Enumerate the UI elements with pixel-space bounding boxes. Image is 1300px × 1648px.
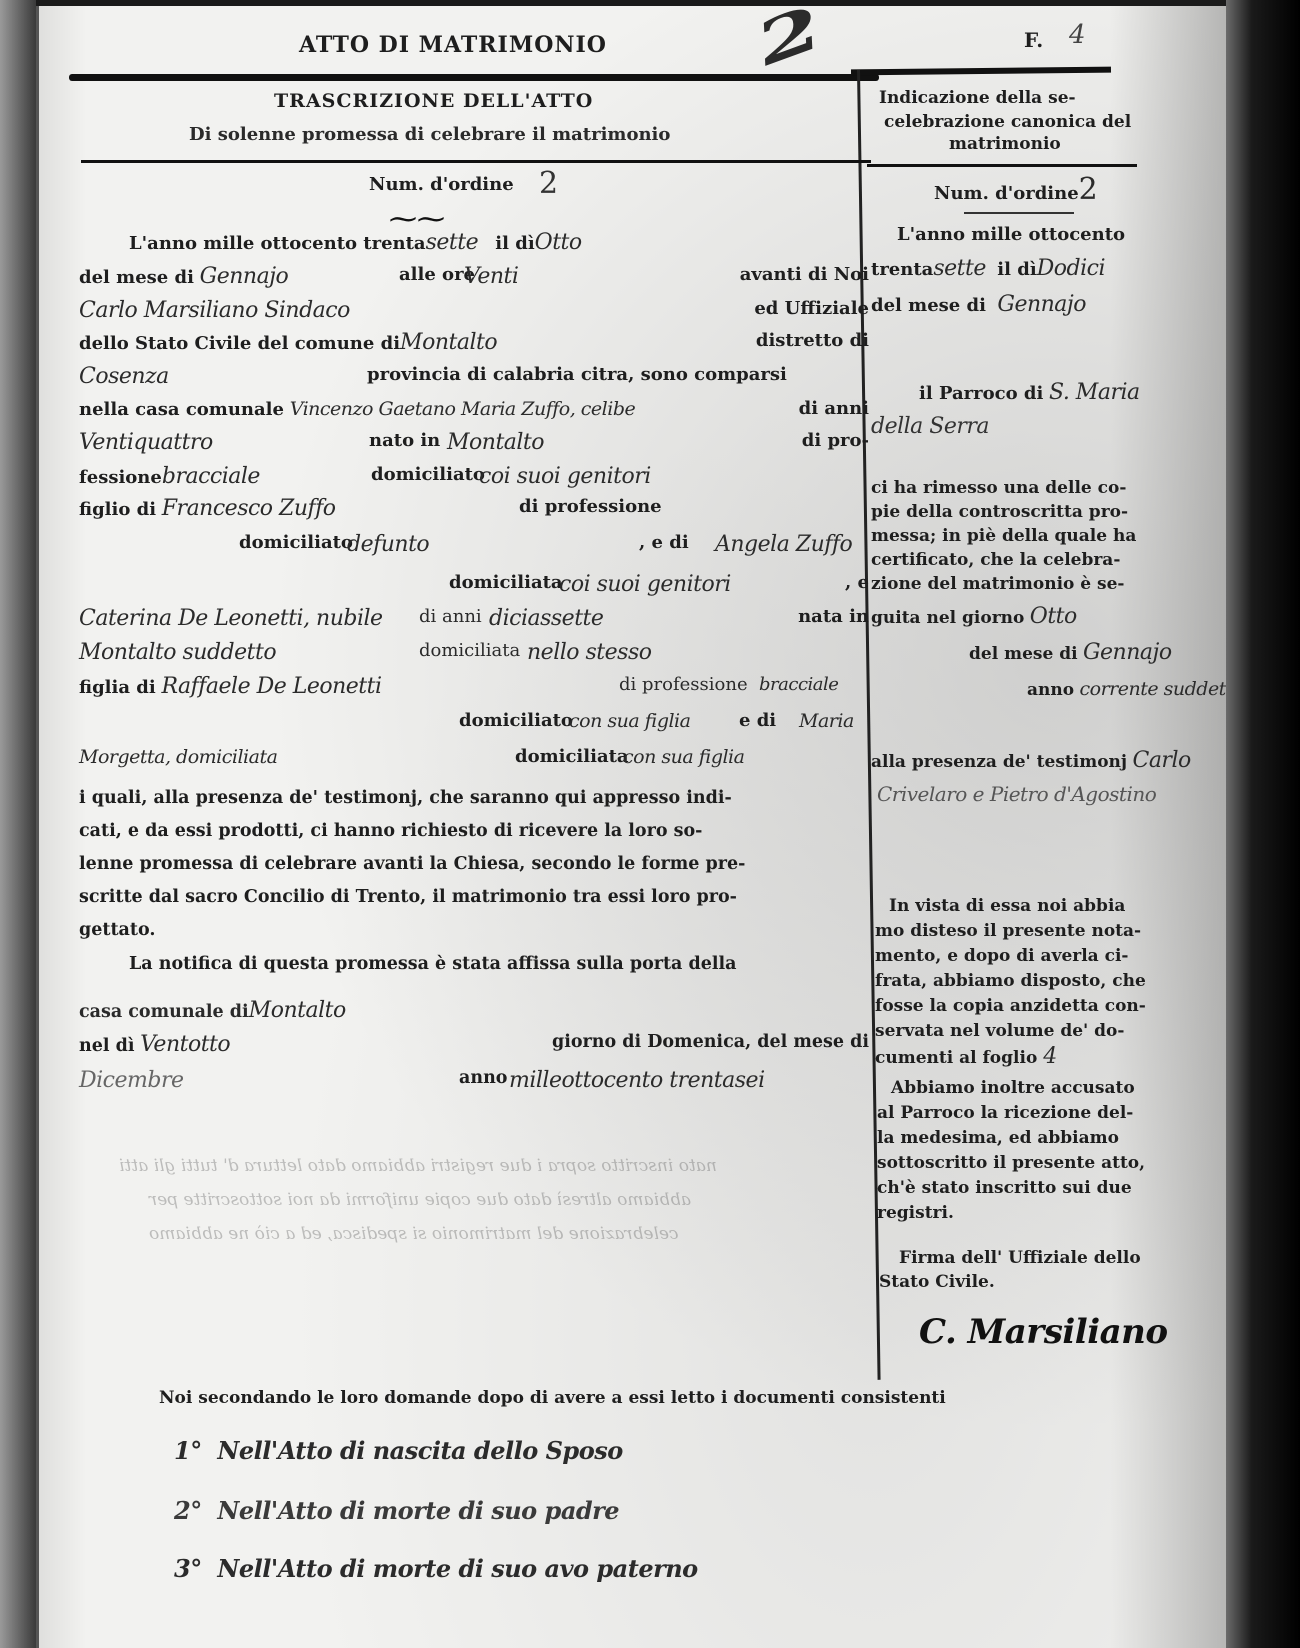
scan-right-edge xyxy=(1226,0,1300,1648)
right-mese-line: del mese di Gennajo xyxy=(969,640,1172,665)
firma-label: Firma dell' Uffiziale dello Stato Civile… xyxy=(879,1246,1141,1294)
right-parroco-line: il Parroco di S. Maria xyxy=(919,380,1140,405)
right-order-number: Num. d'ordine2 xyxy=(934,172,1097,207)
record-line: dello Stato Civile del comune diMontalto… xyxy=(79,330,869,355)
header-rule-left xyxy=(69,74,879,81)
record-line: figlio di Francesco Zuffo di professione xyxy=(79,496,869,521)
left-subtitle-rule xyxy=(81,160,871,163)
right-parroco-parish: della Serra xyxy=(871,414,989,439)
document-page: ATTO DI MATRIMONIO 2 F. 4 TRASCRIZIONE D… xyxy=(36,6,1229,1648)
right-testimoni-line: alla presenza de' testimonj Carlo xyxy=(871,748,1191,773)
left-section-subtitle: Di solenne promessa di celebrare il matr… xyxy=(189,124,670,145)
foglio-number: 4 xyxy=(1043,1044,1057,1069)
document-item-2: 2° Nell'Atto di morte di suo padre xyxy=(174,1496,619,1525)
record-line: Morgetta, domiciliata domiciliata con su… xyxy=(79,746,869,768)
record-line: del mese di Gennajo alle ore Venti avant… xyxy=(79,264,869,289)
left-order-label: Num. d'ordine xyxy=(369,174,514,195)
right-paragraph-2: In vista di essa noi abbia mo disteso il… xyxy=(875,894,1146,1071)
right-paragraph-1: ci ha rimesso una delle co- pie della co… xyxy=(871,476,1136,596)
folio-number: 4 xyxy=(1069,20,1085,50)
page-mark-handwritten: 2 xyxy=(747,0,830,79)
right-year-line-2: trentasette il dìDodici xyxy=(871,256,1105,281)
notice-line-3: nel dì Ventotto giorno di Domenica, del … xyxy=(79,1032,869,1057)
right-section-title-2: celebrazione canonica del xyxy=(884,112,1131,132)
promise-paragraph: i quali, alla presenza de' testimonj, ch… xyxy=(79,782,869,947)
notice-line-1: La notifica di questa promessa è stata a… xyxy=(129,954,736,974)
record-line: Montalto suddetto domiciliata nello stes… xyxy=(79,640,869,665)
right-month-line: del mese di Gennajo xyxy=(871,292,1086,317)
official-signature: C. Marsiliano xyxy=(919,1312,1168,1352)
left-order-value: 2 xyxy=(539,166,558,201)
notice-line-4: Dicembre anno milleottocento trentasei xyxy=(79,1068,869,1093)
right-section-title-3: matrimonio xyxy=(949,134,1061,154)
right-title-rule xyxy=(867,164,1137,167)
right-year-line-1: L'anno mille ottocento xyxy=(897,224,1125,245)
right-giorno-line: guita nel giorno Otto xyxy=(871,604,1077,629)
right-anno-line: anno corrente suddetto xyxy=(1027,678,1244,700)
right-order-rule xyxy=(964,212,1074,214)
folio-label: F. xyxy=(1024,28,1043,52)
record-line: Caterina De Leonetti, nubile di anni dic… xyxy=(79,606,869,631)
record-line: figlia di Raffaele De Leonetti di profes… xyxy=(79,674,869,699)
scan-left-edge xyxy=(0,0,36,1648)
notice-line-2: casa comunale diMontalto xyxy=(79,998,346,1023)
page-title: ATTO DI MATRIMONIO xyxy=(299,32,607,58)
right-testimoni-names: Crivelaro e Pietro d'Agostino xyxy=(877,782,1156,806)
record-line: L'anno mille ottocento trentasette il dì… xyxy=(129,230,582,255)
record-line: Carlo Marsiliano Sindaco ed Uffiziale xyxy=(79,298,869,323)
record-line: Ventiquattro nato in Montalto di pro- xyxy=(79,430,869,455)
record-line: Cosenza provincia di calabria citra, son… xyxy=(79,364,869,389)
left-section-title: TRASCRIZIONE DELL'ATTO xyxy=(274,90,593,112)
header-rule-right xyxy=(851,67,1111,76)
record-line: fessionebracciale domiciliato coi suoi g… xyxy=(79,464,869,489)
right-section-title-1: Indicazione della se- xyxy=(879,88,1076,108)
right-paragraph-3: Abbiamo inoltre accusato al Parroco la r… xyxy=(877,1076,1145,1226)
record-line: nella casa comunale Vincenzo Gaetano Mar… xyxy=(79,398,869,420)
document-item-1: 1° Nell'Atto di nascita dello Sposo xyxy=(174,1436,623,1465)
documents-intro: Noi secondando le loro domande dopo di a… xyxy=(159,1388,946,1408)
document-item-3: 3° Nell'Atto di morte di suo avo paterno xyxy=(174,1554,698,1583)
